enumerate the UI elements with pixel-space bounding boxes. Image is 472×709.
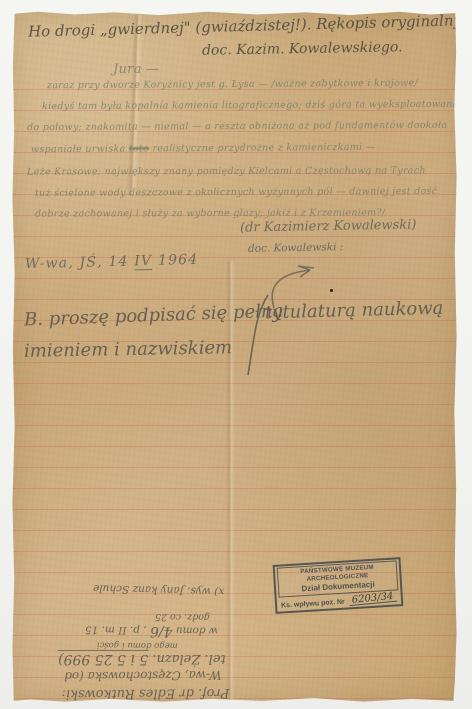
body-line-4: wspaniałe urwiska toto realistyczne przy… [31,142,376,155]
rotated-note-footnote: x) wys. Jany kanz Schule [22,580,224,597]
rotated-note-phone-number: 5 i 5 25 999) [58,650,148,667]
request-note-line1-right: tytulaturą naukową [265,298,444,324]
paper-sheet: Ho drogi „gwierdnej" (gwiaździstej!). Rę… [12,11,457,703]
rotated-note-phone: tel. Żelazn. 5 i 5 25 999) [22,651,226,667]
signature-name: (dr Kazimierz Kowalewski) [240,217,417,235]
body-line-5: Leże Krasowe: największy znany pomiędzy … [27,165,426,177]
rotated-note-flat-pre: w domu [172,624,218,636]
salutation: Jura — [113,62,159,77]
rotated-note-phone-label: tel. Żelazn. [148,651,225,666]
rotated-note-flat-post: , p. II m. 15 [85,624,150,637]
rotated-note-flat-number: 4/6 [150,623,173,639]
signature-doc: doc. Kowalewski : [248,241,343,255]
rotated-note-flat: w domu 4/6 , p. II m. 15 [22,622,218,640]
header-title: Ho drogi „gwierdnej" (gwiaździstej!). Rę… [28,11,462,40]
body-line-6: tuż ścielone wody deszczowe z okolicznyc… [35,186,437,199]
ink-dot [330,289,333,292]
scan-background: Ho drogi „gwierdnej" (gwiaździstej!). Rę… [0,0,472,709]
body-line-1: zaraz przy dworze Koryżnicy jest g. Łysa… [47,78,418,92]
dateline-part1: W-wa, JŚ, 14 [25,253,135,272]
rotated-note-small: mego domu i gości [22,639,178,650]
header-attribution: doc. Kazim. Kowalewskiego. [202,39,403,58]
dateline: W-wa, JŚ, 14 IV 1964 [25,252,199,273]
stamp-register-label: Ks. wpływu poz. Nr [281,599,345,610]
rotated-note-name: Prof. dr Edles Rutkowski: [21,685,229,702]
body-line-2: kiedyś tam była kopalnia kamienia litogr… [42,99,459,112]
museum-stamp: PAŃSTWOWE MUZEUM ARCHEOLOGICZNE Dział Do… [273,557,404,614]
rotated-note-street: W-wa, Częstochowska (od [21,668,221,684]
strikethrough-word: toto [129,143,149,154]
stamp-entry-number: 6203/34 [348,592,396,607]
body-line-7: dobrze zachowanej i służy za wyborne gła… [35,207,385,219]
body-line-4-after: realistyczne przydrożne z kamieniczkami … [149,142,375,155]
rotated-note-hours: godz. co 25 [22,610,210,623]
rotated-address-note: Prof. dr Edles Rutkowski: W-wa, Częstoch… [21,540,236,702]
dateline-part2: 1964 [152,252,198,269]
date-roman-numeral: IV [134,253,152,270]
body-line-4-before: wspaniałe urwiska [31,144,129,156]
request-note-line2: imieniem i nazwiskiem [24,337,232,362]
request-note-line1-left: B. proszę podpisać się pełną [24,300,284,330]
body-line-3: do połowy; znakomita — niemal — a reszta… [27,120,447,133]
